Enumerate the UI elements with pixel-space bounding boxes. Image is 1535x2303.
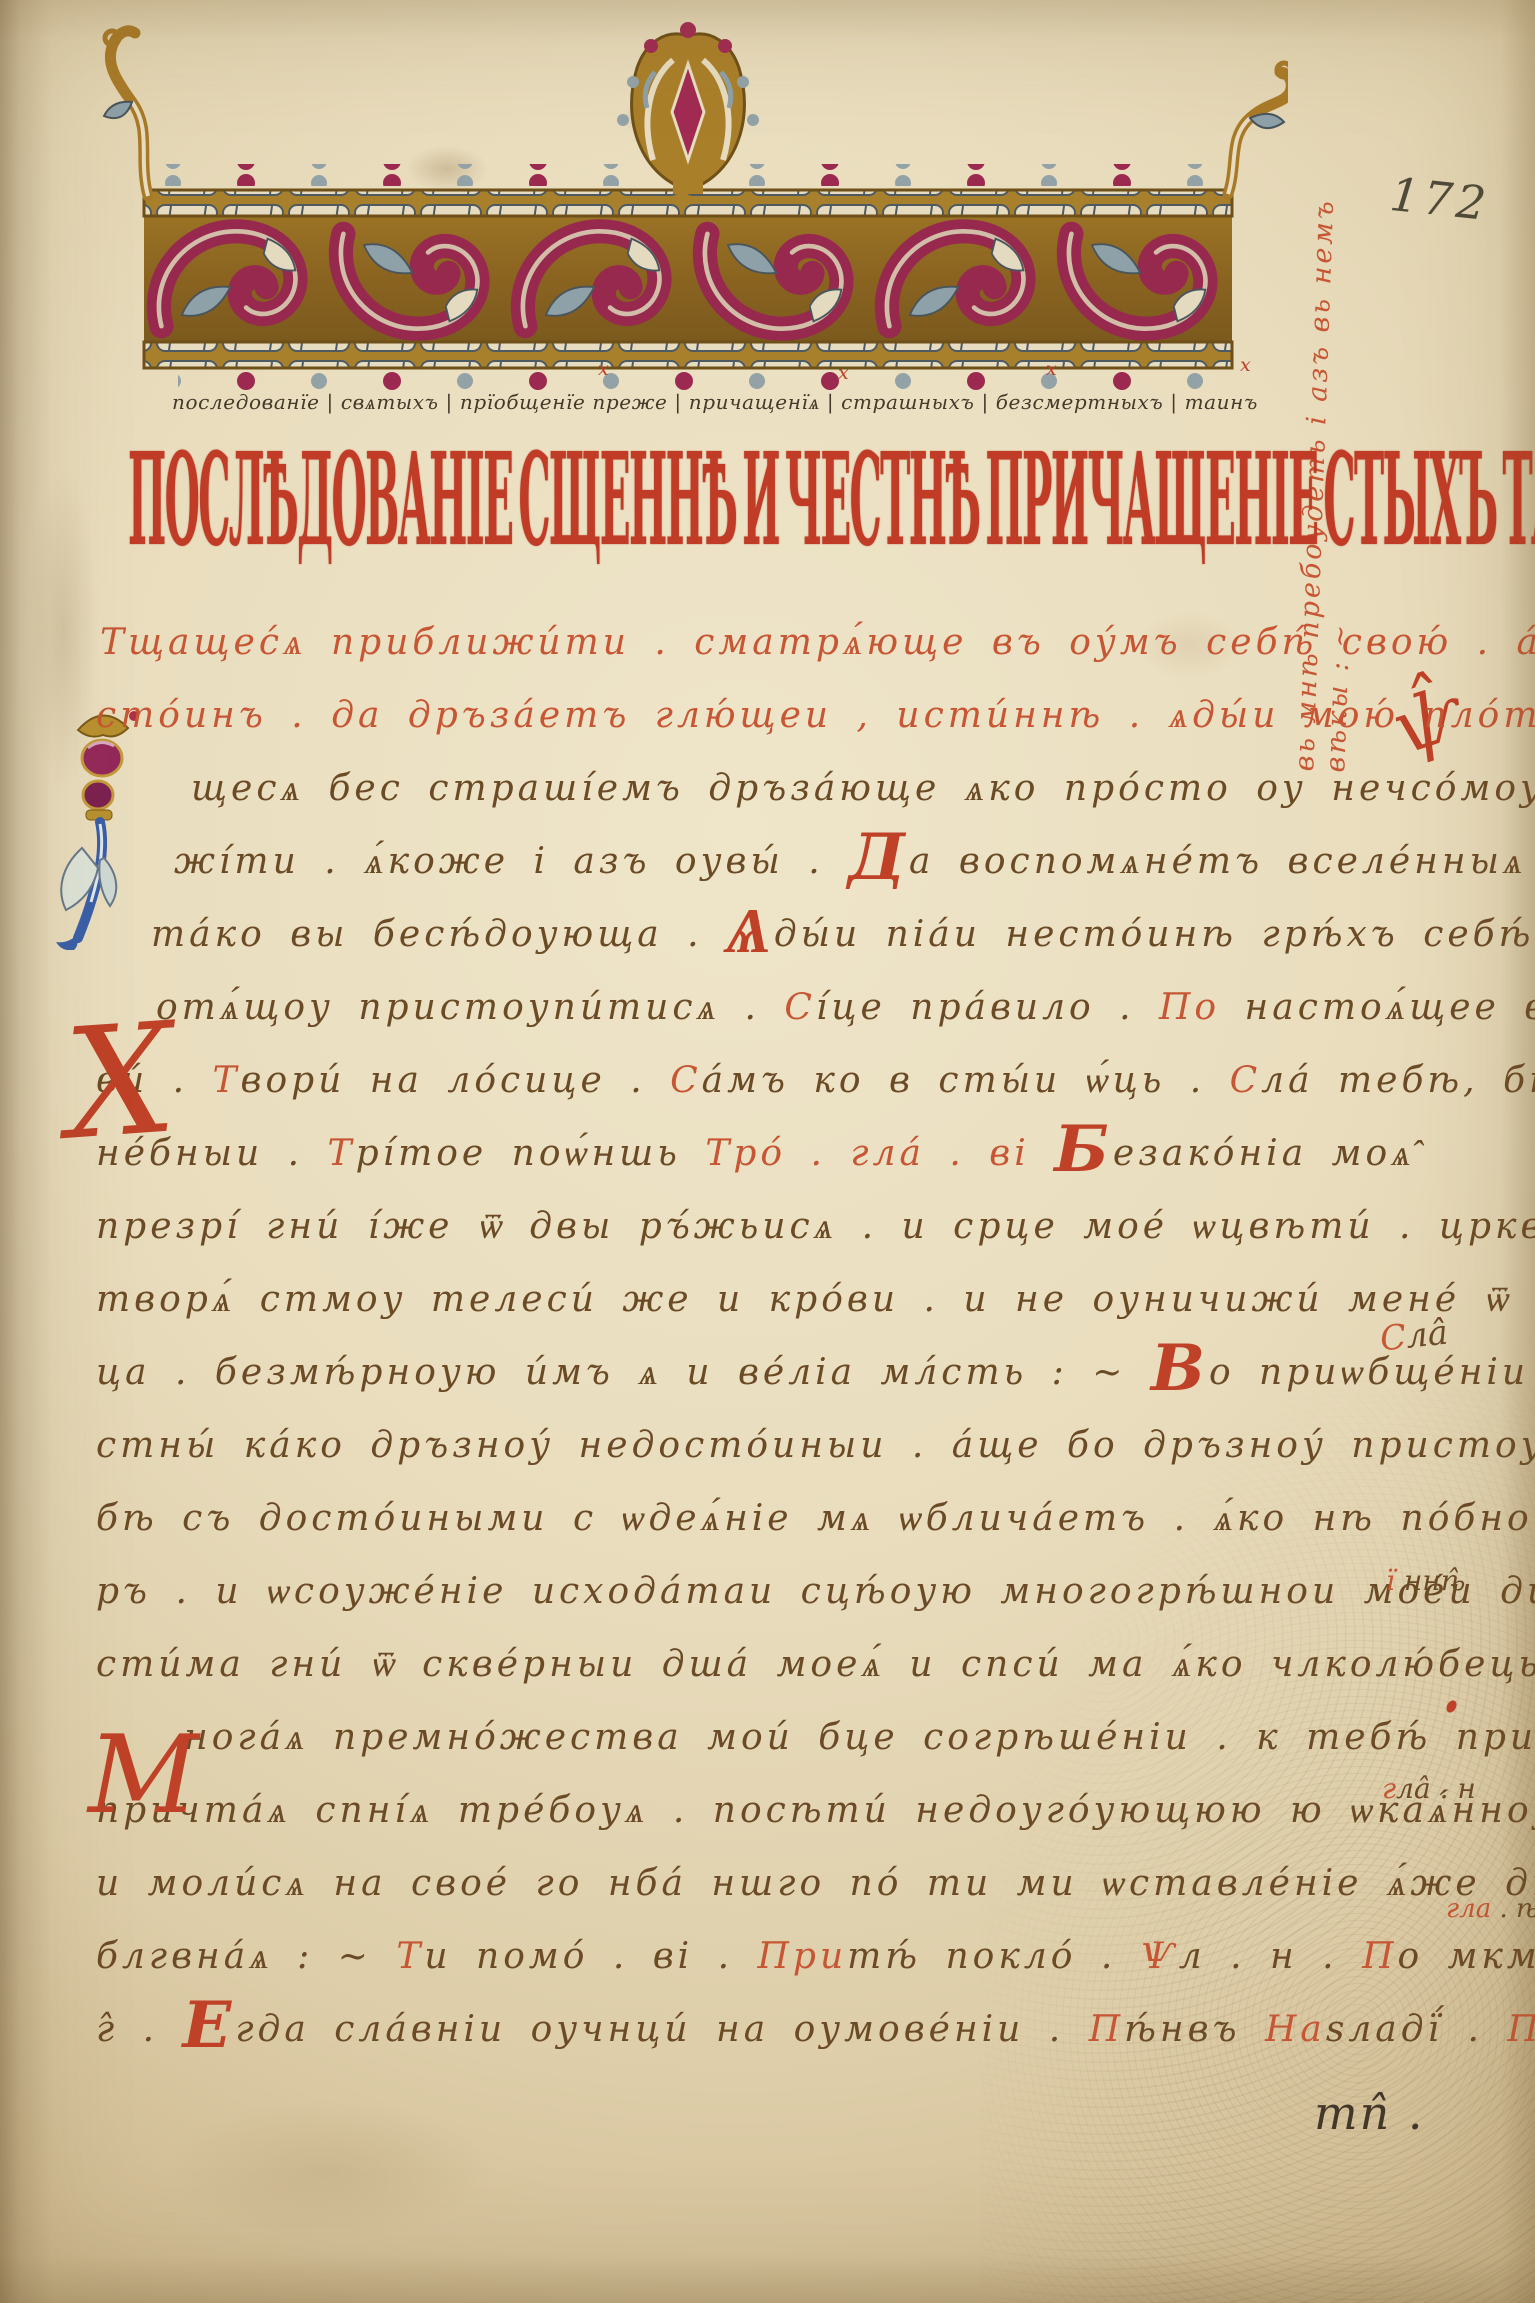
text-segment: . ѣ <box>1491 1894 1535 1924</box>
text-segment: г̂ . <box>96 2009 183 2050</box>
headpiece-ornament <box>88 18 1288 398</box>
text-line: бѣ съ досто́иными с ѡдеѧ́ніе мѧ ѡблича́е… <box>96 1482 1496 1555</box>
text-line: стны́ ка́ко дръзноу́ недосто́иныи . а́ще… <box>96 1409 1496 1482</box>
text-segment: ѕладї́ . <box>1326 2009 1508 2050</box>
text-segment: презрі́ гни́ і́же ѿ двы ръ́жьисѧ . и срц… <box>96 1206 1535 1247</box>
text-segment: ца . безмѣ́рноую и́мъ ѧ и ве́ліа мл́сть … <box>96 1352 1151 1393</box>
text-segment: и моли́сѧ на свое́ го нба́ ншго по́ ти м… <box>96 1863 1535 1904</box>
text-line: не́бныи . Трі́тое поѡ́ншь Тро́ . гла́ . … <box>96 1117 1496 1190</box>
text-segment: Е <box>183 1988 236 2063</box>
text-segment: При <box>758 1936 848 1977</box>
text-segment: г <box>1382 1772 1396 1805</box>
text-segment: Т <box>328 1133 356 1174</box>
parchment-page: 172 вь мнѣ пребоудеть і азъ вь немъ вѣкы… <box>0 0 1535 2303</box>
text-segment: щесѧ бес страші́емъ дръза́юще ѧко про́ст… <box>191 768 1535 809</box>
text-line: презрі́ гни́ і́же ѿ двы ръ́жьисѧ . и срц… <box>96 1190 1496 1263</box>
text-line: щесѧ бес страші́емъ дръза́юще ѧко про́ст… <box>96 752 1496 825</box>
text-segment: бѣ съ досто́иными с ѡдеѧ́ніе мѧ ѡблича́е… <box>96 1498 1535 1539</box>
text-segment: В <box>1151 1331 1209 1406</box>
text-segment: стны́ ка́ко дръзноу́ недосто́иныи . а́ще… <box>96 1425 1535 1466</box>
annotation-tick: х <box>1240 354 1251 376</box>
text-segment: Ѧ <box>727 893 774 968</box>
text-segment: На <box>1265 2009 1326 2050</box>
quire-mark: тп̂ . <box>1314 2086 1425 2140</box>
text-segment: Тщащес́ѧ приближи́ти . сматрѧ́юще въ оу́… <box>100 622 1535 663</box>
text-segment: творѧ́ стмоу телеси́ же и кро́ви . и не … <box>96 1279 1535 1320</box>
text-line: и моли́сѧ на свое́ го нба́ ншго по́ ти м… <box>96 1847 1496 1920</box>
text-segment: л . н . <box>1179 1936 1362 1977</box>
title-vyaz: ПОСЛѢДОВАНІЕ СЩЕННѢ И ЧЕСТНѢ ПРИЧАЩЕНІЕ … <box>128 424 1246 574</box>
text-segment: а́мъ ко в сты́и ѡ́ць . <box>702 1060 1230 1101</box>
text-segment: вори́ на ло́сице . <box>240 1060 670 1101</box>
text-segment: отѧ́щоу пристоупи́тисѧ . <box>156 987 784 1028</box>
margin-note-slava: Сла̂ <box>1378 1313 1450 1360</box>
corner-flourish-left <box>104 31 148 196</box>
text-segment: Ѱ <box>1141 1936 1179 1977</box>
text-line: творѧ́ стмоу телеси́ же и кро́ви . и не … <box>96 1263 1496 1336</box>
text-line: ви́ . Твори́ на ло́сице . Са́мъ ко в сты… <box>96 1044 1496 1117</box>
text-segment: ла́ тебѣ, бѣ́ ншь <box>1261 1060 1535 1101</box>
text-segment: Т <box>212 1060 240 1101</box>
text-segment: блгвна́ѧ : ~ <box>96 1936 396 1977</box>
text-line: сто́инъ . да дръза́етъ глю́щеи , исти́нн… <box>96 679 1496 752</box>
text-segment: тѣ́ покло́ . <box>847 1936 1141 1977</box>
text-line: та́ко вы бесѣ́доующа . Ѧды́и піа́и несто… <box>96 898 1496 971</box>
text-segment: а воспомѧне́тъ вселе́нныѧ оучи́тлѧ <box>909 841 1535 882</box>
parchment-stain <box>120 2080 540 2260</box>
text-line: ръ . и ѡсоуже́ніе исхода́таи сцѣ́оую мно… <box>96 1555 1496 1628</box>
text-segment: По <box>1159 987 1220 1028</box>
text-segment: жі́ти . ѧ́коже і азъ оувы́ . <box>174 841 848 882</box>
text-segment: не́бныи . <box>96 1133 328 1174</box>
text-line: причта́ѧ спні́ѧ тре́боуѧ . посѣти́ недоу… <box>96 1774 1496 1847</box>
text-segment: и помо́ . ві . <box>424 1936 757 1977</box>
text-segment: сто́инъ . да дръза́етъ глю́щеи , исти́нн… <box>96 695 1535 736</box>
text-line: отѧ́щоу пристоупи́тисѧ . Сі́це пра́вило … <box>96 971 1496 1044</box>
annotation-tick: х <box>838 362 849 384</box>
margin-note-glas2: гла . ѣ <box>1446 1894 1535 1924</box>
text-segment: рі́тое поѡ́ншь <box>356 1133 706 1174</box>
text-segment: П <box>1089 2009 1124 2050</box>
text-line: сти́ма гни́ ѿ скве́рныи дша́ моеѧ́ и спс… <box>96 1628 1496 1701</box>
text-segment: нога́ѧ премно́жества мои́ бце согрѣше́ні… <box>184 1717 1535 1758</box>
text-line: г̂ . Егда сла́вніи оучнци́ на оумове́ніи… <box>96 1993 1496 2066</box>
text-segment: С <box>1230 1060 1262 1101</box>
text-line: нога́ѧ премно́жества мои́ бце согрѣше́ні… <box>96 1701 1496 1774</box>
text-segment: ѣ́нвъ <box>1124 2009 1265 2050</box>
text-segment: і́це пра́вило . <box>816 987 1159 1028</box>
text-segment: ннѣ̂ <box>1404 1564 1466 1597</box>
text-segment: причта́ѧ спні́ѧ тре́боуѧ . посѣти́ недоу… <box>96 1790 1535 1831</box>
title-text: ПОСЛѢДОВАНІЕ СЩЕННѢ И ЧЕСТНѢ ПРИЧАЩЕНІЕ … <box>128 424 1535 574</box>
text-line: жі́ти . ѧ́коже і азъ оувы́ . Да воспомѧн… <box>96 825 1496 898</box>
annotation-tick: х <box>1046 358 1057 380</box>
text-segment: ла̂ <box>1404 1313 1450 1357</box>
text-segment: езако́ніа моѧ̂ <box>1113 1133 1415 1174</box>
text-segment: о приѡбще́ніи ж̂ <box>1209 1352 1535 1393</box>
text-segment: ла̂ . н <box>1396 1772 1476 1805</box>
margin-note-inyne: ї ннѣ̂ <box>1386 1564 1465 1597</box>
folio-number: 172 <box>1387 167 1492 231</box>
text-line: ца . безмѣ́рноую и́мъ ѧ и ве́ліа мл́сть … <box>96 1336 1496 1409</box>
text-segment: сти́ма гни́ ѿ скве́рныи дша́ моеѧ́ и спс… <box>96 1644 1535 1685</box>
text-segment: По сё <box>1507 2009 1535 2050</box>
text-segment: Б <box>1054 1112 1113 1187</box>
text-segment: та́ко вы бесѣ́доующа . <box>151 914 727 955</box>
text-line: Тщащес́ѧ приближи́ти . сматрѧ́юще въ оу́… <box>96 606 1496 679</box>
text-segment: ръ . и ѡсоуже́ніе исхода́таи сцѣ́оую мно… <box>96 1571 1535 1612</box>
text-segment: ды́и піа́и несто́инѣ грѣ́хъ себѣ́ ѧ́сть … <box>774 914 1535 955</box>
text-segment: С <box>670 1060 702 1101</box>
text-segment: Тро́ . гла́ . ві <box>705 1133 1054 1174</box>
text-segment: гда сла́вніи оучнци́ на оумове́ніи . <box>235 2009 1088 2050</box>
body-text: Тщащес́ѧ приближи́ти . сматрѧ́юще въ оу́… <box>96 606 1496 2066</box>
scribal-annotation: последованїе | свѧтыхъ | прїобщенїе преж… <box>172 390 1432 415</box>
headpiece-dot-row <box>178 368 1218 390</box>
margin-note-glas: гла̂ . н <box>1382 1772 1476 1805</box>
text-line: блгвна́ѧ : ~ Ти помо́ . ві . Притѣ́ покл… <box>96 1920 1496 1993</box>
corner-flourish-right <box>1228 63 1288 194</box>
text-segment: ї <box>1386 1564 1404 1597</box>
text-segment: П <box>1362 1936 1397 1977</box>
text-segment: о мкм : ~ ѕа <box>1397 1936 1535 1977</box>
text-segment: гла <box>1446 1894 1491 1924</box>
annotation-tick: х <box>598 358 609 380</box>
text-segment: Д <box>848 820 909 895</box>
text-segment: Т <box>396 1936 424 1977</box>
text-segment: ви́ . <box>96 1060 212 1101</box>
text-segment: настоѧ́щее вседне́вно пра́ <box>1220 987 1535 1028</box>
text-segment: С <box>784 987 816 1028</box>
